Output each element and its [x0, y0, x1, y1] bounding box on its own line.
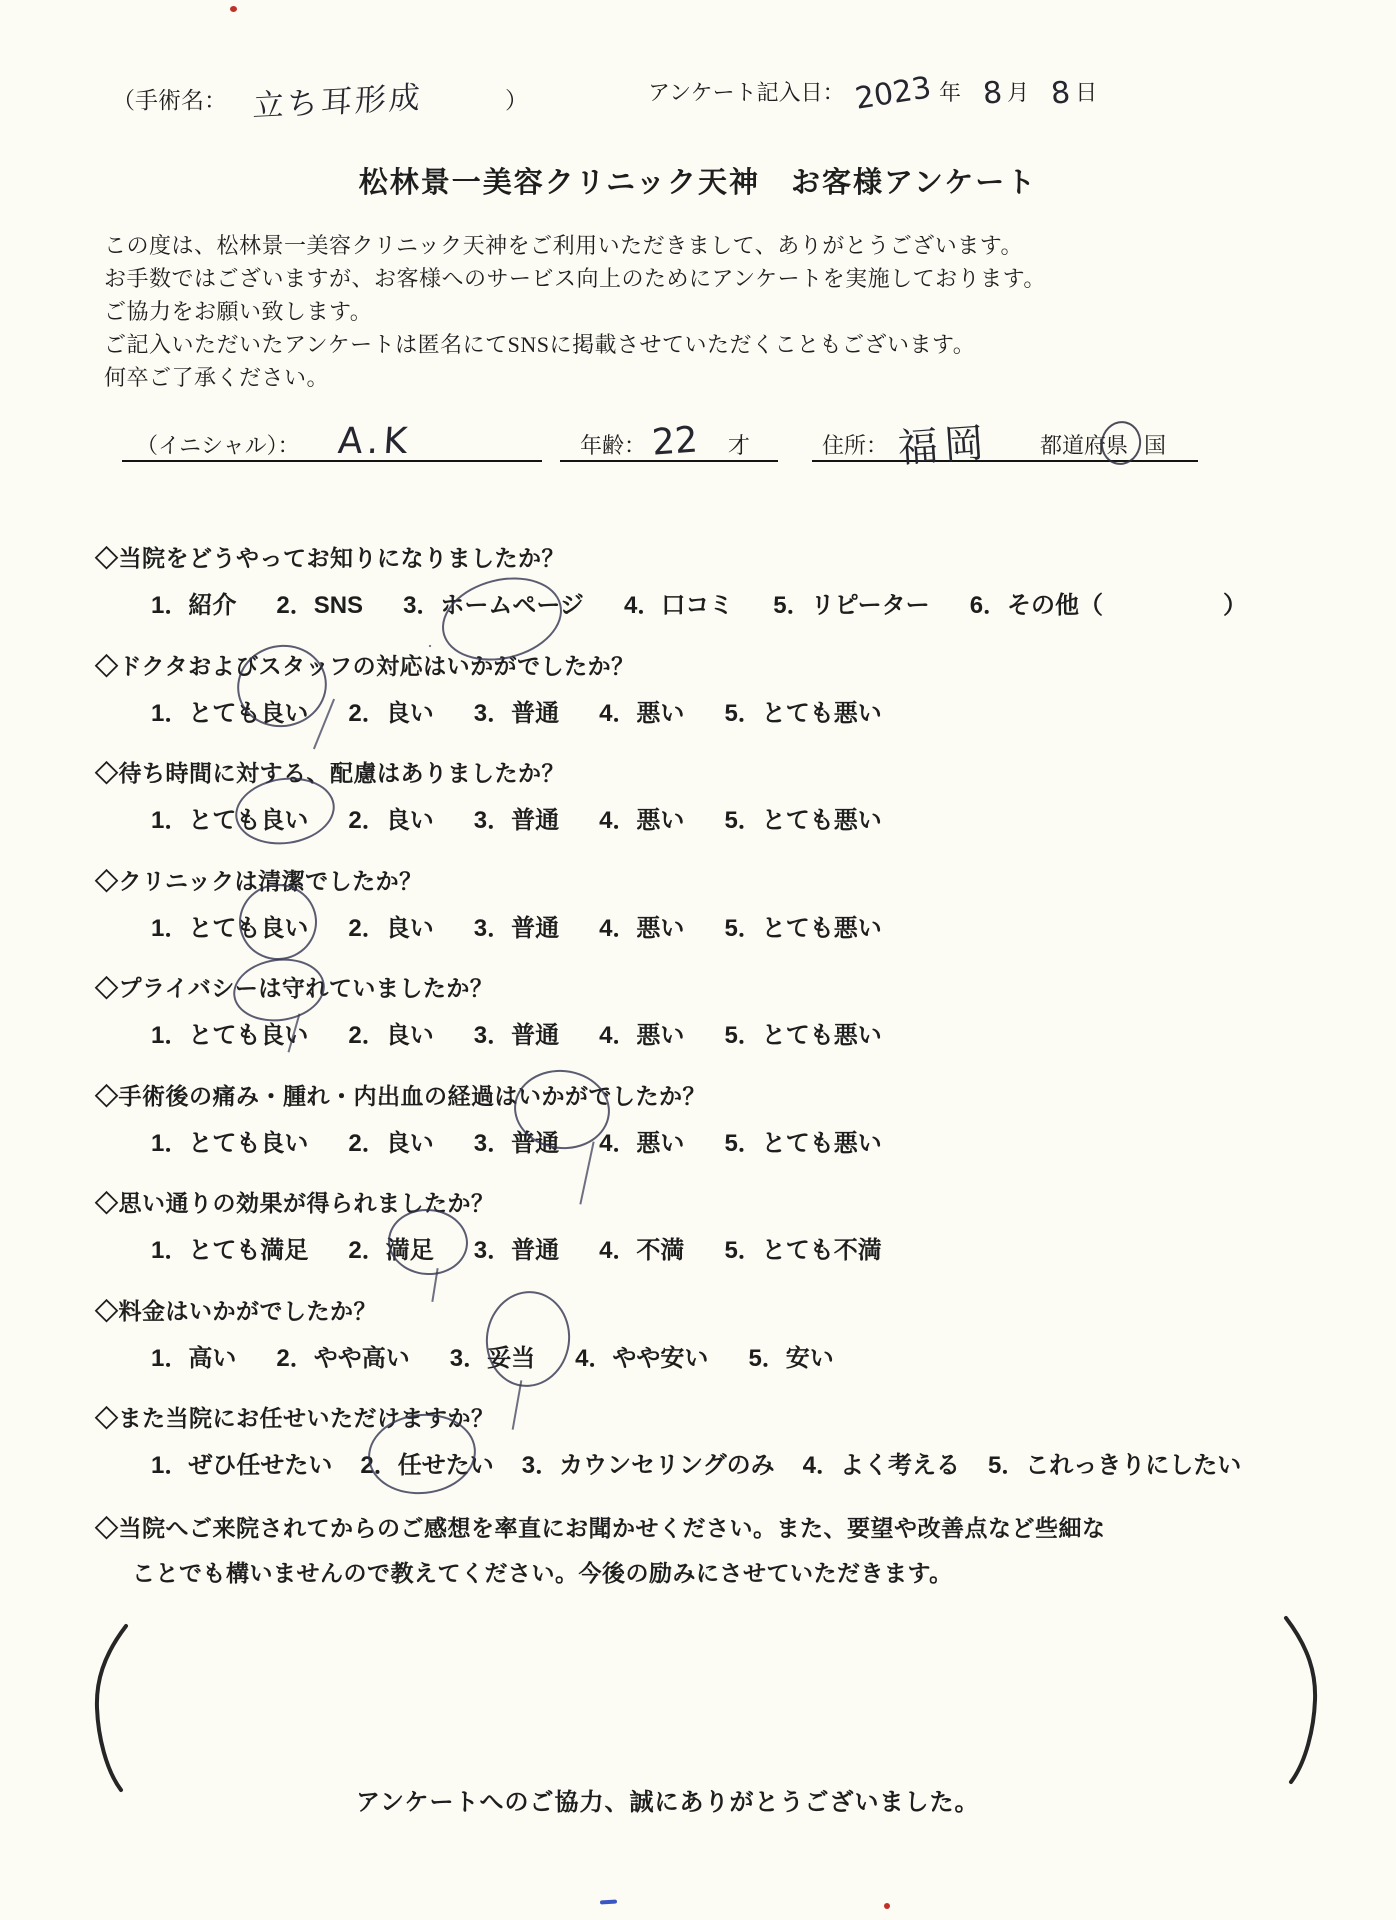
- question-7-option-2-circled: 2．満足: [348, 1230, 433, 1265]
- question-8-option-4: 4．やや安い: [575, 1338, 708, 1373]
- question-2-option-1-circled: 1．とても良い: [151, 693, 308, 728]
- month-handwritten: 8: [982, 75, 1004, 112]
- question-4-options: 1．とても良い2．良い3．普通4．悪い5．とても悪い: [151, 908, 1366, 943]
- question-3-options: 1．とても良い2．良い3．普通4．悪い5．とても悪い: [151, 800, 1366, 835]
- intro-line-3: ご協力をお願い致します。: [104, 295, 1046, 328]
- question-1-option-6: 6．その他（ ）: [970, 585, 1247, 620]
- year-unit: 年: [939, 80, 961, 105]
- region-type-field: 都道府県国: [1032, 412, 1198, 462]
- question-2-option-4: 4．悪い: [599, 693, 684, 728]
- question-5-option-2: 2．良い: [348, 1015, 433, 1050]
- question-8-options: 1．高い2．やや高い3．妥当4．やや安い5．安い: [151, 1338, 1366, 1373]
- question-6-label: ◇手術後の痛み・腫れ・内出血の経過はいかがでしたか？: [95, 1081, 1366, 1112]
- question-2-options: 1．とても良い2．良い3．普通4．悪い5．とても悪い: [151, 693, 1366, 728]
- survey-date-line: アンケート記入日：2023年8月8日: [648, 76, 1097, 111]
- form-title: 松林景一美容クリニック天神 お客様アンケート: [0, 160, 1396, 201]
- year-handwritten: 2023: [852, 70, 933, 117]
- question-7-option-5: 5．とても不満: [724, 1230, 881, 1265]
- initials-label: （イニシャル）：: [136, 429, 300, 460]
- age-field: 年齢：22才: [560, 412, 778, 462]
- question-2: ◇ドクタおよびスタッフの対応はいかがでしたか？1．とても良い2．良い3．普通4．…: [95, 651, 1366, 759]
- question-9-label: ◇また当院にお任せいただけますか？: [95, 1403, 1366, 1434]
- comment-question-line-1: ◇当院へご来院されてからのご感想を率直にお聞かせください。また、要望や改善点など…: [95, 1510, 1366, 1543]
- footer-thanks: アンケートへのご協力、誠にありがとうございました。: [356, 1782, 980, 1817]
- question-6: ◇手術後の痛み・腫れ・内出血の経過はいかがでしたか？1．とても良い2．良い3．普…: [95, 1081, 1366, 1189]
- survey-scan-page: （手術名：立ち耳形成） アンケート記入日：2023年8月8日 松林景一美容クリニ…: [0, 0, 1396, 1920]
- question-4-option-2: 2．良い: [348, 908, 433, 943]
- question-2-option-3: 3．普通: [474, 693, 559, 728]
- question-1: ◇当院をどうやってお知りになりましたか？1．紹介2．SNS3．ホームページ4．口…: [95, 543, 1366, 651]
- address-label: 住所：: [822, 429, 888, 460]
- question-9-option-5: 5．これっきりにしたい: [988, 1445, 1241, 1480]
- address-field: 住所：福岡: [812, 412, 1038, 462]
- question-1-label: ◇当院をどうやってお知りになりましたか？: [95, 543, 1366, 574]
- question-5: ◇プライバシーは守れていましたか？1．とても良い2．良い3．普通4．悪い5．とて…: [95, 973, 1366, 1081]
- age-label: 年齢：: [580, 429, 646, 460]
- question-4-option-1-circled: 1．とても良い: [151, 908, 308, 943]
- question-6-option-3-circled: 3．普通: [474, 1123, 559, 1158]
- question-4-option-4: 4．悪い: [599, 908, 684, 943]
- question-8-option-5: 5．安い: [748, 1338, 833, 1373]
- month-unit: 月: [1007, 80, 1029, 105]
- intro-line-4: ご記入いただいたアンケートは匿名にてSNSに掲載させていただくこともございます。: [104, 328, 1046, 361]
- day-unit: 日: [1075, 80, 1097, 105]
- question-2-label: ◇ドクタおよびスタッフの対応はいかがでしたか？: [95, 651, 1366, 682]
- question-7-options: 1．とても満足2．満足3．普通4．不満5．とても不満: [151, 1230, 1366, 1265]
- question-8-label: ◇料金はいかがでしたか？: [95, 1296, 1366, 1327]
- question-9-option-1: 1．ぜひ任せたい: [151, 1445, 332, 1480]
- age-unit: 才: [728, 429, 750, 460]
- question-3-option-1-circled: 1．とても良い: [151, 800, 308, 835]
- question-4-label: ◇クリニックは清潔でしたか？: [95, 866, 1366, 897]
- question-6-option-4: 4．悪い: [599, 1123, 684, 1158]
- question-7-label: ◇思い通りの効果が得られましたか？: [95, 1188, 1366, 1219]
- question-2-option-5: 5．とても悪い: [724, 693, 881, 728]
- question-1-option-3-circled: 3．ホームページ: [403, 585, 584, 620]
- address-handwritten: 福岡: [897, 425, 991, 467]
- question-5-option-3: 3．普通: [474, 1015, 559, 1050]
- question-7-option-4: 4．不満: [599, 1230, 684, 1265]
- question-9-options: 1．ぜひ任せたい2．任せたい3．カウンセリングのみ4．よく考える5．これっきりに…: [151, 1445, 1366, 1480]
- comment-bracket-left: [90, 1622, 134, 1794]
- intro-paragraph: この度は、松林景一美容クリニック天神をご利用いただきまして、ありがとうございます…: [104, 229, 1046, 394]
- question-5-option-5: 5．とても悪い: [724, 1015, 881, 1050]
- surgery-name-line: （手術名：立ち耳形成）: [112, 74, 528, 119]
- comment-question: ◇当院へご来院されてからのご感想を率直にお聞かせください。また、要望や改善点など…: [95, 1510, 1366, 1588]
- scan-artifact-red-dot-top: [230, 6, 237, 12]
- question-9-option-3: 3．カウンセリングのみ: [522, 1445, 775, 1480]
- survey-date-label: アンケート記入日：: [648, 80, 845, 105]
- question-3: ◇待ち時間に対する、配慮はありましたか？1．とても良い2．良い3．普通4．悪い5…: [95, 758, 1366, 866]
- region-prefix: 都道府: [1040, 429, 1106, 460]
- question-8-option-2: 2．やや高い: [276, 1338, 409, 1373]
- question-4-option-3: 3．普通: [474, 908, 559, 943]
- question-5-option-1-circled: 1．とても良い: [151, 1015, 308, 1050]
- surgery-name-label: （手術名：: [112, 88, 227, 113]
- surgery-name-handwritten: 立ち耳形成: [252, 67, 506, 125]
- question-5-option-4: 4．悪い: [599, 1015, 684, 1050]
- question-7-option-3: 3．普通: [474, 1230, 559, 1265]
- region-circled-choice: 県: [1106, 429, 1128, 460]
- question-8: ◇料金はいかがでしたか？1．高い2．やや高い3．妥当4．やや安い5．安い: [95, 1296, 1366, 1404]
- surgery-name-close-paren: ）: [505, 88, 528, 113]
- question-3-option-4: 4．悪い: [599, 800, 684, 835]
- scan-artifact-red-dot-bottom: [884, 1903, 890, 1909]
- intro-line-5: 何卒ご了承ください。: [104, 361, 1046, 394]
- comment-bracket-right: [1278, 1614, 1322, 1786]
- question-list: ◇当院をどうやってお知りになりましたか？1．紹介2．SNS3．ホームページ4．口…: [95, 543, 1366, 1511]
- question-1-option-5: 5．リピーター: [773, 585, 929, 620]
- initials-field: （イニシャル）：A.K: [122, 412, 542, 462]
- age-handwritten: 22: [651, 422, 699, 461]
- intro-line-2: お手数ではございますが、お客様へのサービス向上のためにアンケートを実施しておりま…: [104, 262, 1046, 295]
- question-1-option-1: 1．紹介: [151, 585, 236, 620]
- initials-handwritten: A.K: [336, 424, 413, 460]
- question-2-option-2: 2．良い: [348, 693, 433, 728]
- day-handwritten: 8: [1050, 75, 1072, 112]
- question-4: ◇クリニックは清潔でしたか？1．とても良い2．良い3．普通4．悪い5．とても悪い: [95, 866, 1366, 974]
- question-1-options: 1．紹介2．SNS3．ホームページ4．口コミ5．リピーター6．その他（ ）: [151, 585, 1366, 620]
- profile-row: （イニシャル）：A.K 年齢：22才 住所：福岡 都道府県国: [0, 414, 1396, 462]
- question-1-option-4: 4．口コミ: [624, 585, 733, 620]
- question-6-option-5: 5．とても悪い: [724, 1123, 881, 1158]
- question-9-option-4: 4．よく考える: [803, 1445, 960, 1480]
- question-5-options: 1．とても良い2．良い3．普通4．悪い5．とても悪い: [151, 1015, 1366, 1050]
- question-5-label: ◇プライバシーは守れていましたか？: [95, 973, 1366, 1004]
- question-6-options: 1．とても良い2．良い3．普通4．悪い5．とても悪い: [151, 1123, 1366, 1158]
- question-1-option-2: 2．SNS: [276, 585, 363, 620]
- scan-artifact-blue-dash: [600, 1900, 617, 1905]
- question-6-option-1: 1．とても良い: [151, 1123, 308, 1158]
- intro-line-1: この度は、松林景一美容クリニック天神をご利用いただきまして、ありがとうございます…: [104, 229, 1046, 262]
- question-4-option-5: 5．とても悪い: [724, 908, 881, 943]
- question-9-option-2-circled: 2．任せたい: [360, 1445, 493, 1480]
- question-3-label: ◇待ち時間に対する、配慮はありましたか？: [95, 758, 1366, 789]
- question-3-option-3: 3．普通: [474, 800, 559, 835]
- question-8-option-1: 1．高い: [151, 1338, 236, 1373]
- question-9: ◇また当院にお任せいただけますか？1．ぜひ任せたい2．任せたい3．カウンセリング…: [95, 1403, 1366, 1511]
- question-6-option-2: 2．良い: [348, 1123, 433, 1158]
- question-8-option-3-circled: 3．妥当: [450, 1338, 535, 1373]
- region-suffix: 国: [1144, 429, 1166, 460]
- question-7-option-1: 1．とても満足: [151, 1230, 308, 1265]
- comment-question-line-2: ことでも構いませんので教えてください。今後の励みにさせていただきます。: [132, 1555, 1366, 1588]
- question-3-option-5: 5．とても悪い: [724, 800, 881, 835]
- question-3-option-2: 2．良い: [348, 800, 433, 835]
- question-7: ◇思い通りの効果が得られましたか？1．とても満足2．満足3．普通4．不満5．とて…: [95, 1188, 1366, 1296]
